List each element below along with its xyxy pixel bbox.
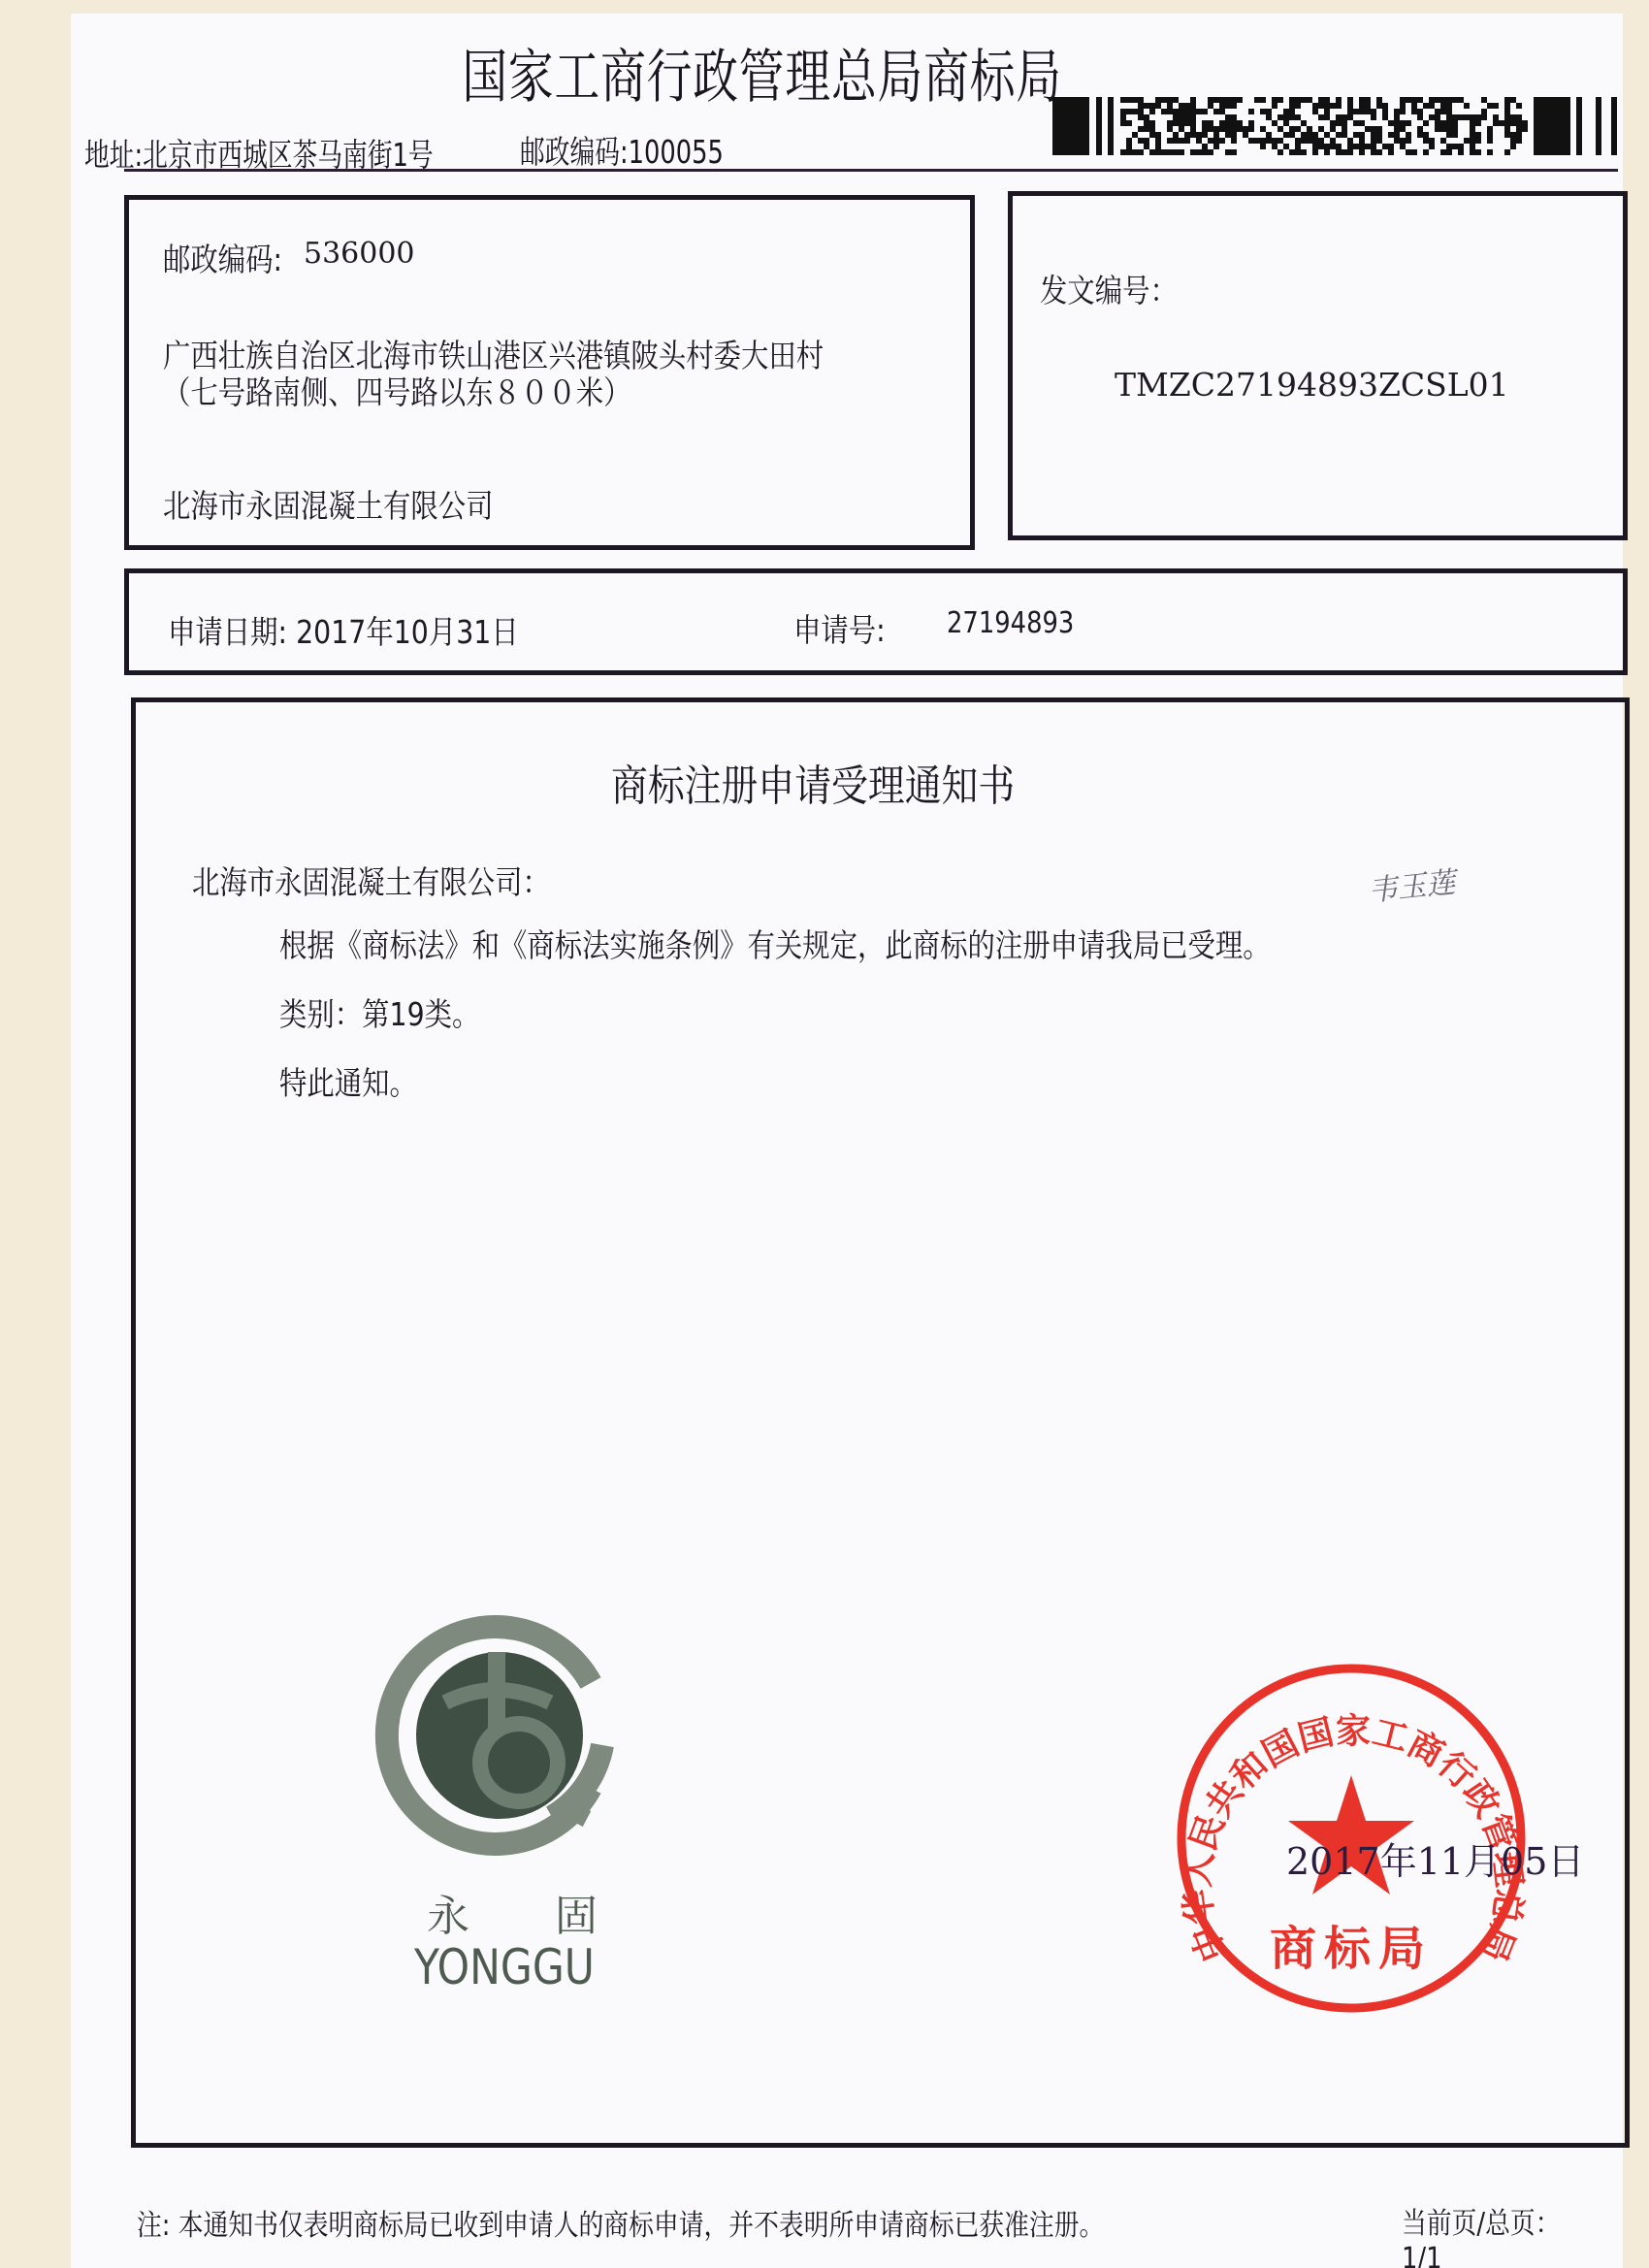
pdf417-barcode — [1052, 97, 1625, 155]
notice-category: 类别：第19类。 — [279, 989, 479, 1035]
application-number-label: 申请号: — [793, 605, 886, 651]
notice-title: 商标注册申请受理通知书 — [611, 751, 1015, 813]
header-rule — [124, 169, 1618, 172]
handwritten-signature: 韦玉莲 — [1366, 858, 1457, 909]
trademark-chinese-name: 永 固 — [427, 1881, 598, 1943]
application-number: 27194893 — [947, 606, 1074, 640]
document-number-label: 发文编号： — [1040, 266, 1178, 311]
office-postcode-value: 100055 — [629, 133, 724, 171]
office-postcode: 邮政编码:100055 — [520, 127, 724, 173]
notice-salutation: 北海市永固混凝土有限公司： — [192, 858, 550, 903]
application-date-value: 2017年10月31日 — [296, 613, 519, 651]
recipient-company: 北海市永固混凝土有限公司 — [163, 481, 494, 527]
recipient-postcode-label: 邮政编码: — [163, 235, 282, 280]
trademark-english-name: YONGGU — [414, 1939, 595, 1995]
recipient-postcode: 536000 — [304, 237, 415, 271]
page-indicator-label: 当前页/总页： — [1402, 2207, 1560, 2241]
application-info-box: 申请日期: 2017年10月31日 申请号: 27194893 — [124, 568, 1628, 675]
notice-body: 根据《商标法》和《商标法实施条例》有关规定，此商标的注册申请我局已受理。 — [279, 921, 1271, 966]
notice-closing: 特此通知。 — [279, 1058, 417, 1104]
footer-disclaimer: 注: 本通知书仅表明商标局已收到申请人的商标申请，并不表明所申请商标已获准注册。 — [137, 2201, 1104, 2244]
page-indicator: 当前页/总页：1/1 — [1402, 2199, 1592, 2268]
recipient-box: 邮政编码: 536000 广西壮族自治区北海市铁山港区兴港镇陂头村委大田村 （七… — [124, 195, 975, 550]
document-number-box: 发文编号： TMZC27194893ZCSL01 — [1008, 191, 1628, 540]
page-indicator-value: 1/1 — [1402, 2242, 1442, 2268]
document-number: TMZC27194893ZCSL01 — [1115, 366, 1509, 404]
office-postcode-label: 邮政编码: — [520, 133, 629, 171]
document-page: 国家工商行政管理总局商标局 地址:北京市西城区茶马南街1号 邮政编码:10005… — [71, 14, 1623, 2268]
application-date-label: 申请日期: — [168, 613, 287, 651]
trademark-logo-icon — [373, 1609, 626, 1862]
svg-text:商标局: 商标局 — [1270, 1922, 1433, 1976]
recipient-address-line2: （七号路南侧、四号路以东８００米） — [163, 368, 630, 413]
stamp-date: 2017年11月05日 — [1286, 1831, 1584, 1885]
application-date: 申请日期: 2017年10月31日 — [168, 607, 519, 653]
